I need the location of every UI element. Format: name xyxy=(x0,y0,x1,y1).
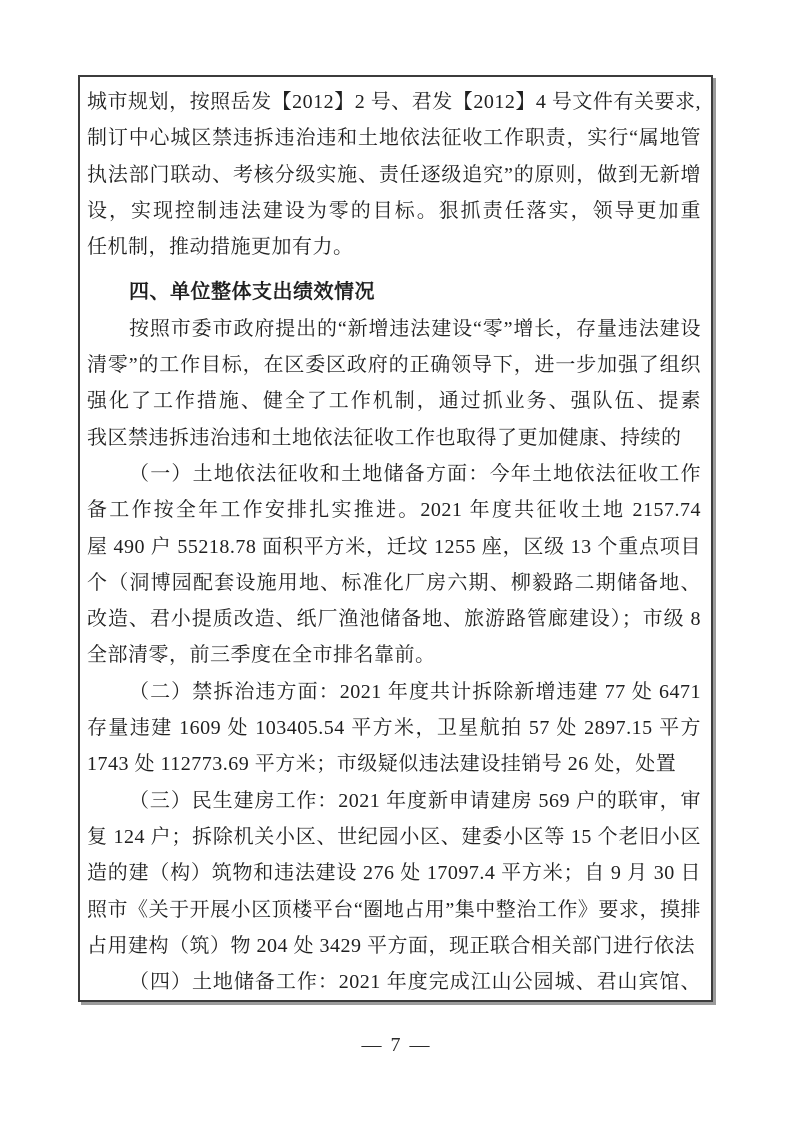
text-line: 占用建构（筑）物 204 处 3429 平方面，现正联合相关部门进行依法处置。 xyxy=(87,928,701,964)
text-line: 1743 处 112773.69 平方米；市级疑似违法建设挂销号 26 处，处置… xyxy=(87,746,701,782)
text-line: 造的建（构）筑物和违法建设 276 处 17097.4 平方米；自 9 月 30… xyxy=(87,855,701,891)
section-heading: 四、单位整体支出绩效情况 xyxy=(87,274,701,310)
text-line: （三）民生建房工作：2021 年度新申请建房 569 户的联审，审批四原恢 xyxy=(87,783,701,819)
text-line: 备工作按全年工作安排扎实推进。2021 年度共征收土地 2157.74 亩，拆迁… xyxy=(87,492,701,528)
paragraph: （四）土地储备工作：2021 年度完成江山公园城、君山宾馆、福众医保、 xyxy=(87,964,701,1000)
paragraph: 城市规划，按照岳发【2012】2 号、君发【2012】4 号文件有关要求,区政府… xyxy=(87,84,701,265)
text-line: 改造、君小提质改造、纸厂渔池储备地、旅游路管廊建设）；市级 8 个项目 xyxy=(87,601,701,637)
text-line: 按照市委市政府提出的“新增违法建设“零”增长，存量违法建设两年 xyxy=(87,311,701,347)
page-number: — 7 — xyxy=(362,1034,432,1056)
text-line: （二）禁拆治违方面：2021 年度共计拆除新增违建 77 处 6471 平方米， xyxy=(87,674,701,710)
paragraph: 按照市委市政府提出的“新增违法建设“零”增长，存量违法建设两年清零”的工作目标，… xyxy=(87,311,701,456)
text-line: 四、单位整体支出绩效情况 xyxy=(87,274,701,310)
text-line: 照市《关于开展小区顶楼平台“圈地占用”集中整治工作》要求，摸排圈地 xyxy=(87,892,701,928)
text-line: （四）土地储备工作：2021 年度完成江山公园城、君山宾馆、福众医保、 xyxy=(87,964,701,1000)
content-border-box: 城市规划，按照岳发【2012】2 号、君发【2012】4 号文件有关要求,区政府… xyxy=(78,75,713,1002)
paragraph: （二）禁拆治违方面：2021 年度共计拆除新增违建 77 处 6471 平方米，… xyxy=(87,674,701,783)
text-line: 执法部门联动、考核分级实施、责任逐级追究”的原则，做到无新增违法建 xyxy=(87,157,701,193)
text-line: （一）土地依法征收和土地储备方面：今年土地依法征收工作和土地储 xyxy=(87,456,701,492)
text-line: 强化了工作措施、健全了工作机制，通过抓业务、强队伍、提素质、促廉政， xyxy=(87,383,701,419)
page-footer: — 7 — xyxy=(0,1034,793,1057)
text-line: 我区禁违拆违治违和土地依法征收工作也取得了更加健康、持续的发展。 xyxy=(87,420,701,456)
text-line: 存量违建 1609 处 103405.54 平方米，卫星航拍 57 处 2897… xyxy=(87,710,701,746)
text-line: 清零”的工作目标，在区委区政府的正确领导下，进一步加强了组织领导、 xyxy=(87,347,701,383)
text-line: 设，实现控制违法建设为零的目标。狠抓责任落实，领导更加重视，健全责 xyxy=(87,193,701,229)
text-line: 任机制，推动措施更加有力。 xyxy=(87,229,701,265)
text-line: 全部清零，前三季度在全市排名靠前。 xyxy=(87,637,701,673)
text-line: 城市规划，按照岳发【2012】2 号、君发【2012】4 号文件有关要求,区政府 xyxy=(87,84,701,120)
document-body: 城市规划，按照岳发【2012】2 号、君发【2012】4 号文件有关要求,区政府… xyxy=(87,84,701,1000)
paragraph: （一）土地依法征收和土地储备方面：今年土地依法征收工作和土地储备工作按全年工作安… xyxy=(87,456,701,674)
paragraph: （三）民生建房工作：2021 年度新申请建房 569 户的联审，审批四原恢复 1… xyxy=(87,783,701,964)
text-line: 屋 490 户 55218.78 面积平方米，迁坟 1255 座，区级 13 个… xyxy=(87,529,701,565)
document-page: 城市规划，按照岳发【2012】2 号、君发【2012】4 号文件有关要求,区政府… xyxy=(0,0,793,1122)
text-line: 复 124 户；拆除机关小区、世纪园小区、建委小区等 15 个老旧小区内影响改 xyxy=(87,819,701,855)
text-line: 个（洞博园配套设施用地、标准化厂房六期、柳毅路二期储备地、岳西中学 xyxy=(87,565,701,601)
text-line: 制订中心城区禁违拆违治违和土地依法征收工作职责，实行“属地管理为主、 xyxy=(87,120,701,156)
